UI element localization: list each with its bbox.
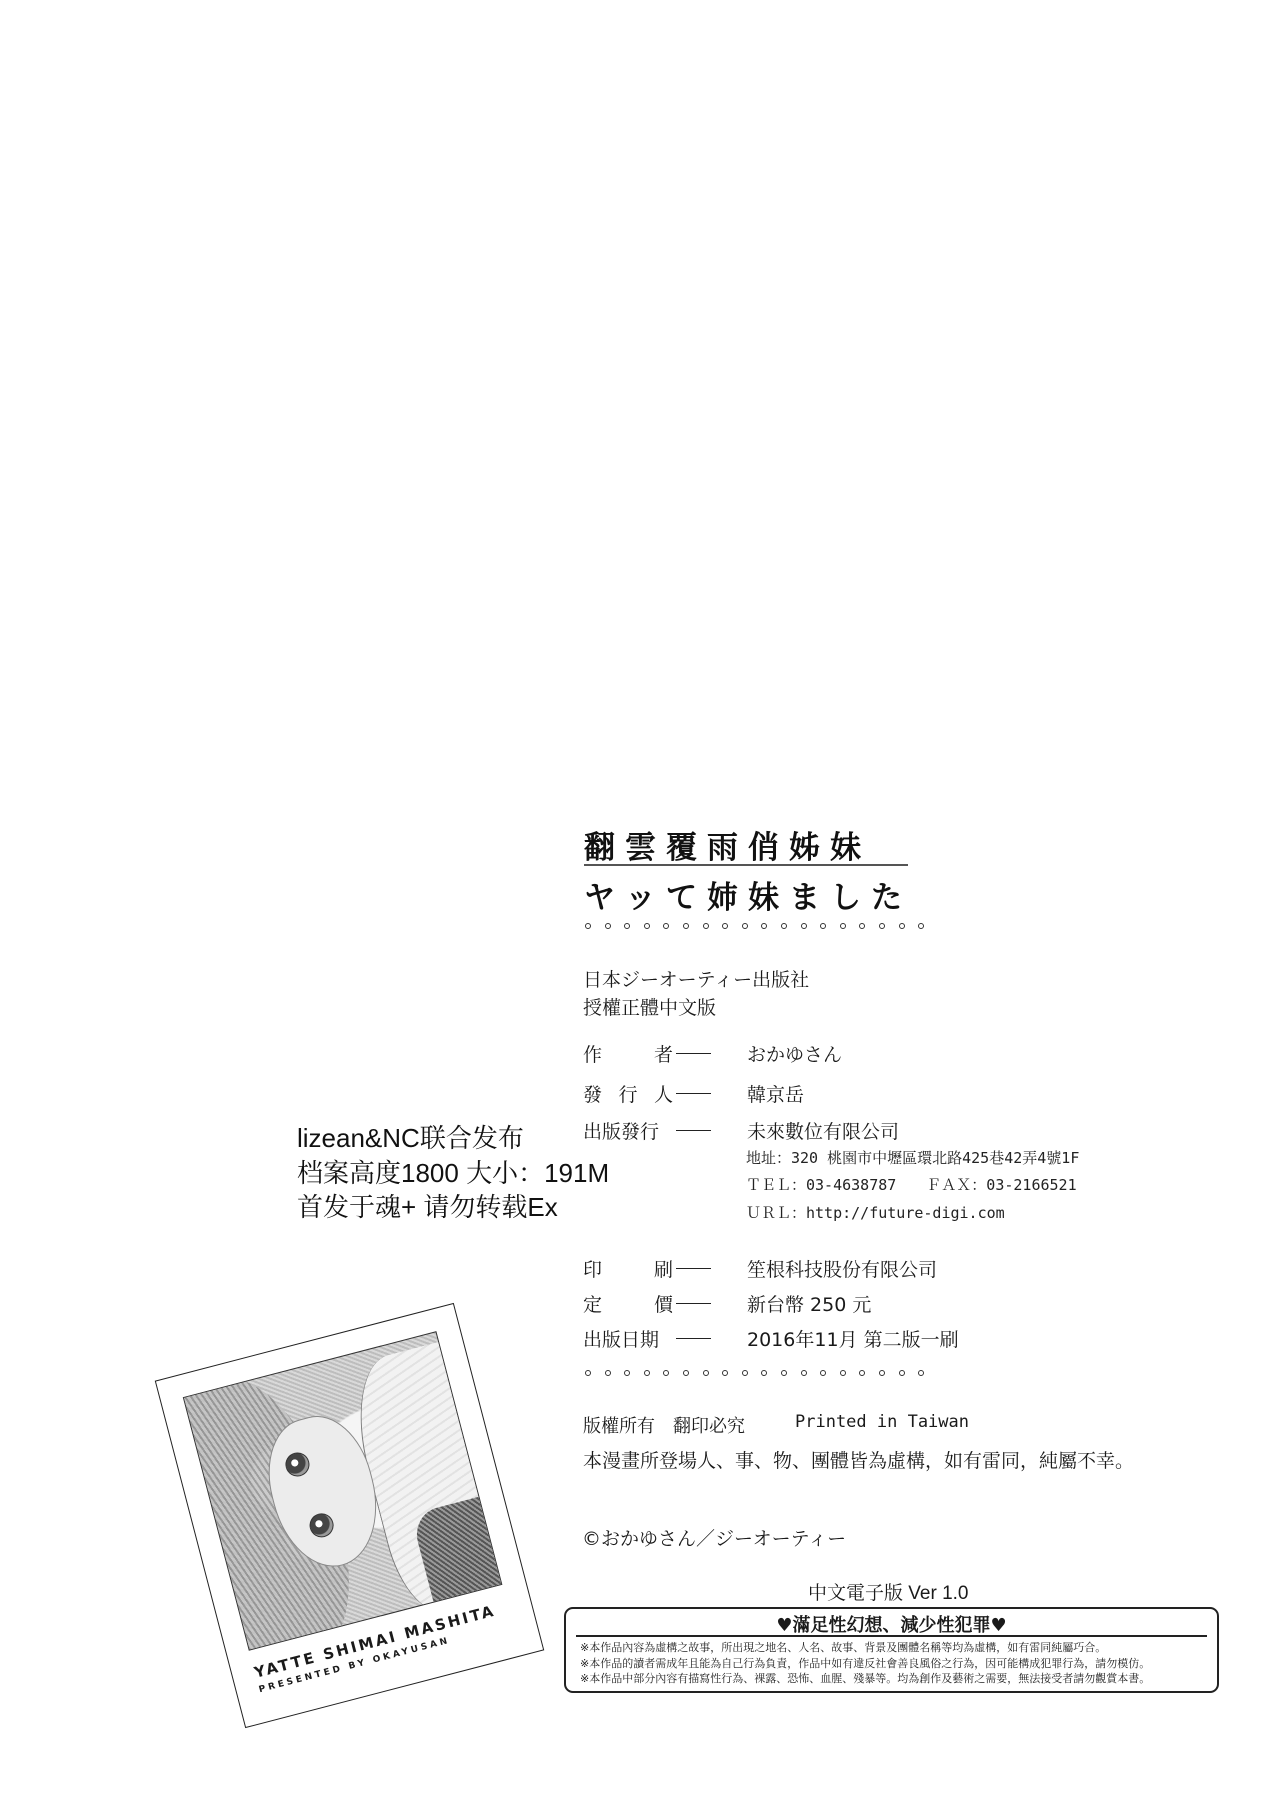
dot-icon xyxy=(761,1370,767,1376)
release-note-line-2: 档案高度1800 大小：191M xyxy=(297,1157,609,1189)
eye-icon xyxy=(307,1511,336,1540)
credit-label: 出版日期 xyxy=(583,1325,673,1352)
credit-label: 作 者 xyxy=(583,1040,673,1067)
dot-icon xyxy=(585,923,591,929)
warning-line: ※本作品的讀者需成年且能為自己行為負責，作品中如有違反社會善良風俗之行為，因可能… xyxy=(580,1656,1150,1672)
dotted-separator xyxy=(585,923,938,929)
dot-icon xyxy=(663,1370,669,1376)
dot-icon xyxy=(585,1370,591,1376)
dot-icon xyxy=(761,923,767,929)
rights-reserved: 版權所有 翻印必究 xyxy=(583,1412,745,1438)
dotted-separator xyxy=(585,1370,938,1376)
copyright-notice: ©おかゆさん／ジーオーティー xyxy=(582,1524,846,1551)
content-warning-box: ♥滿足性幻想、減少性犯罪♥ ※本作品內容為虛構之故事，所出現之地名、人名、故事、… xyxy=(564,1607,1219,1693)
dot-icon xyxy=(683,1370,689,1376)
dot-icon xyxy=(879,1370,885,1376)
credit-row-publish-date: 出版日期 2016年11月 第二版一刷 xyxy=(583,1325,959,1351)
dash-separator xyxy=(676,1130,711,1131)
warning-line: ※本作品中部分內容有描寫性行為、裸露、恐怖、血腥、殘暴等。均為創作及藝術之需要，… xyxy=(580,1671,1150,1687)
warning-divider xyxy=(576,1635,1207,1637)
credit-row-printer: 印 刷 笙根科技股份有限公司 xyxy=(583,1255,937,1281)
dot-icon xyxy=(820,923,826,929)
book-title-chinese: 翻雲覆雨俏姊妹 xyxy=(584,822,871,867)
dot-icon xyxy=(722,1370,728,1376)
dot-icon xyxy=(703,923,709,929)
dot-icon xyxy=(918,923,924,929)
credit-value: 未來數位有限公司 xyxy=(747,1117,899,1144)
credit-row-issuer: 發 行 人 韓京岳 xyxy=(583,1080,804,1106)
polaroid-illustration: YATTE SHIMAI MASHITA PRESENTED BY OKAYUS… xyxy=(155,1303,545,1728)
dot-icon xyxy=(644,1370,650,1376)
dot-icon xyxy=(624,923,630,929)
credit-label: 定 價 xyxy=(583,1290,673,1317)
label-char: 定 xyxy=(583,1290,602,1317)
warning-heading: ♥滿足性幻想、減少性犯罪♥ xyxy=(566,1611,1217,1637)
dot-icon xyxy=(801,923,807,929)
dot-icon xyxy=(742,1370,748,1376)
credit-label: 印 刷 xyxy=(583,1255,673,1282)
label-char: 行 xyxy=(618,1080,637,1107)
dot-icon xyxy=(781,923,787,929)
credit-value: 韓京岳 xyxy=(747,1080,804,1107)
dot-icon xyxy=(899,923,905,929)
dot-icon xyxy=(899,1370,905,1376)
dot-icon xyxy=(840,1370,846,1376)
dot-icon xyxy=(683,923,689,929)
credit-value: 笙根科技股份有限公司 xyxy=(747,1255,937,1282)
dot-icon xyxy=(840,923,846,929)
distributor-address: 地址：320 桃園市中壢區環北路425巷42弄4號1F xyxy=(746,1147,1079,1168)
dot-icon xyxy=(879,923,885,929)
credit-row-author: 作 者 おかゆさん xyxy=(583,1040,842,1066)
dash-separator xyxy=(676,1268,711,1269)
book-title-japanese: ヤッて姉妹ました xyxy=(584,872,912,917)
dot-icon xyxy=(644,923,650,929)
dash-separator xyxy=(676,1053,711,1054)
dot-icon xyxy=(859,923,865,929)
manga-illustration xyxy=(183,1331,503,1651)
label-char: 者 xyxy=(654,1040,673,1067)
warning-line: ※本作品內容為虛構之故事，所出現之地名、人名、故事、背景及團體名稱等均為虛構，如… xyxy=(580,1640,1150,1656)
credit-value: 新台幣 250 元 xyxy=(747,1290,871,1317)
label-char: 印 xyxy=(583,1255,602,1282)
dot-icon xyxy=(801,1370,807,1376)
credit-row-distributor: 出版發行 未來數位有限公司 xyxy=(583,1117,899,1143)
dot-icon xyxy=(663,923,669,929)
label-char: 價 xyxy=(654,1290,673,1317)
release-note-line-3: 首发于魂+ 请勿转载Ex xyxy=(297,1191,558,1223)
dot-icon xyxy=(742,923,748,929)
label-char: 發 xyxy=(583,1080,602,1107)
dot-icon xyxy=(605,923,611,929)
license-note: 授權正體中文版 xyxy=(583,993,716,1020)
dot-icon xyxy=(859,1370,865,1376)
label-char: 出版日期 xyxy=(583,1325,659,1352)
label-char: 刷 xyxy=(654,1255,673,1282)
dot-icon xyxy=(624,1370,630,1376)
eye-icon xyxy=(283,1450,312,1479)
credit-value: おかゆさん xyxy=(747,1040,842,1067)
edition-version: 中文電子版 Ver 1.0 xyxy=(808,1578,969,1605)
dot-icon xyxy=(703,1370,709,1376)
credit-row-price: 定 價 新台幣 250 元 xyxy=(583,1290,871,1316)
credit-label: 出版發行 xyxy=(583,1117,673,1144)
label-char: 出版發行 xyxy=(583,1117,659,1144)
dot-icon xyxy=(820,1370,826,1376)
label-char: 人 xyxy=(654,1080,673,1107)
dot-icon xyxy=(605,1370,611,1376)
dash-separator xyxy=(676,1093,711,1094)
dot-icon xyxy=(722,923,728,929)
fiction-disclaimer: 本漫畫所登場人、事、物、團體皆為虛構，如有雷同，純屬不幸。 xyxy=(583,1446,1134,1473)
credit-label: 發 行 人 xyxy=(583,1080,673,1107)
title-divider xyxy=(584,864,908,866)
original-publisher: 日本ジーオーティー出版社 xyxy=(583,965,809,992)
label-char: 作 xyxy=(583,1040,602,1067)
release-note-line-1: lizean&NC联合发布 xyxy=(297,1122,524,1154)
distributor-phone-fax: ＴＥＬ：03-4638787 ＦＡＸ：03-2166521 xyxy=(746,1174,1077,1195)
dot-icon xyxy=(781,1370,787,1376)
rights-line: 版權所有 翻印必究 Printed in Taiwan xyxy=(583,1412,969,1438)
credit-value: 2016年11月 第二版一刷 xyxy=(747,1325,959,1352)
dash-separator xyxy=(676,1303,711,1304)
dot-icon xyxy=(918,1370,924,1376)
warning-text: ※本作品內容為虛構之故事，所出現之地名、人名、故事、背景及團體名稱等均為虛構，如… xyxy=(580,1640,1150,1687)
dash-separator xyxy=(676,1338,711,1339)
printed-in: Printed in Taiwan xyxy=(795,1412,969,1438)
distributor-url: ＵＲＬ：http://future-digi.com xyxy=(746,1202,1005,1223)
